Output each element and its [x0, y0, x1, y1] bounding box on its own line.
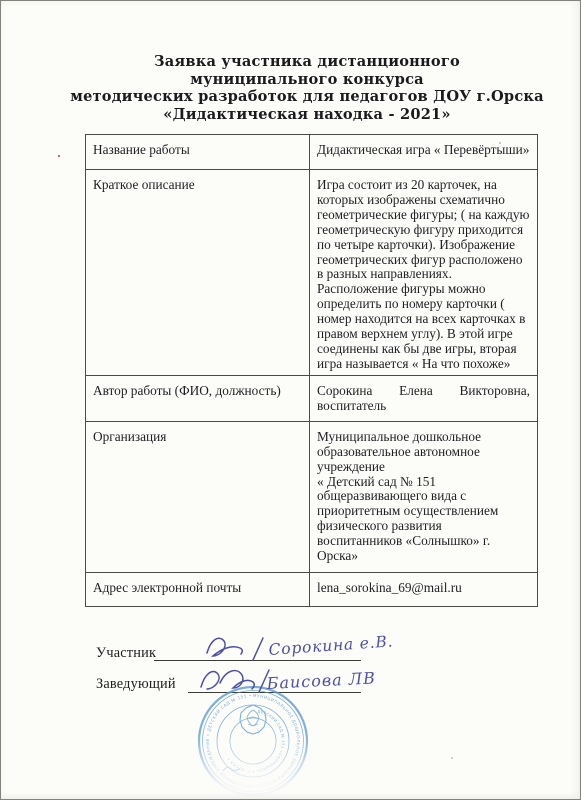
row-value-email: lena_sorokina_69@mail.ru [310, 572, 538, 606]
table-row-organization: Организация Муниципальное дошкольное обр… [86, 421, 538, 572]
participant-signature-squiggle [207, 638, 242, 656]
row-value-organization: Муниципальное дошкольное образовательное… [310, 421, 538, 572]
title-line-1: Заявка участника дистанционного [32, 53, 581, 71]
handwritten-signatures: Сорокина е.В. Баисова ЛВ [141, 629, 431, 707]
stamp-outer-circle [199, 687, 307, 795]
title-line-2: муниципального конкурса [32, 71, 581, 89]
application-table: Название работы Дидактическая игра « Пер… [85, 134, 538, 607]
row-label-work-title: Название работы [86, 135, 310, 170]
row-label-organization: Организация [86, 421, 310, 572]
stamp-inner-ring-text: • ДЕТСКИЙ САД № 151 «СОЛНЫШКО» • Г. ОРСК… [226, 708, 286, 774]
head-label: Заведующий [96, 676, 176, 693]
table-row-work-title: Название работы Дидактическая игра « Пер… [86, 135, 538, 170]
row-label-author: Автор работы (ФИО, должность) [86, 375, 310, 421]
stamp-outer-ring-text: МУНИЦИПАЛЬНОЕ ДОШКОЛЬНОЕ ОБРАЗОВАТЕЛЬНОЕ… [205, 693, 301, 789]
row-value-description: Игра состоит из 20 карточек, на которых … [310, 170, 538, 376]
participant-label: Участник [96, 645, 156, 662]
head-slash [259, 670, 269, 692]
stamp-ink-smudge [223, 767, 240, 771]
table-row-description: Краткое описание Игра состоит из 20 карт… [86, 170, 538, 376]
scan-speck-red [58, 155, 60, 157]
row-label-email: Адрес электронной почты [86, 572, 310, 606]
row-label-description: Краткое описание [86, 170, 310, 376]
participant-signature-line [154, 660, 361, 661]
head-signature-squiggle [201, 671, 254, 689]
head-handwritten-name: Баисова ЛВ [265, 668, 376, 693]
row-value-work-title: Дидактическая игра « Перевёртыши» [310, 135, 538, 170]
participant-slash [253, 638, 263, 660]
stamp-crest-icon [240, 705, 266, 734]
scan-speck-gray-2 [451, 757, 453, 759]
participant-handwritten-name: Сорокина е.В. [268, 632, 394, 659]
round-stamp: МУНИЦИПАЛЬНОЕ ДОШКОЛЬНОЕ ОБРАЗОВАТЕЛЬНОЕ… [195, 683, 311, 799]
row-value-author: Сорокина Елена Викторовна, воспитатель [310, 375, 538, 421]
title-line-3: методических разработок для педагогов ДО… [32, 88, 581, 106]
head-signature-line [188, 692, 361, 693]
table-row-author: Автор работы (ФИО, должность) Сорокина Е… [86, 375, 538, 421]
table-row-email: Адрес электронной почты lena_sorokina_69… [86, 572, 538, 606]
title-line-4: «Дидактическая находка - 2021» [32, 106, 581, 124]
scanned-application-page: Заявка участника дистанционного муниципа… [0, 0, 581, 800]
document-title: Заявка участника дистанционного муниципа… [32, 53, 581, 123]
